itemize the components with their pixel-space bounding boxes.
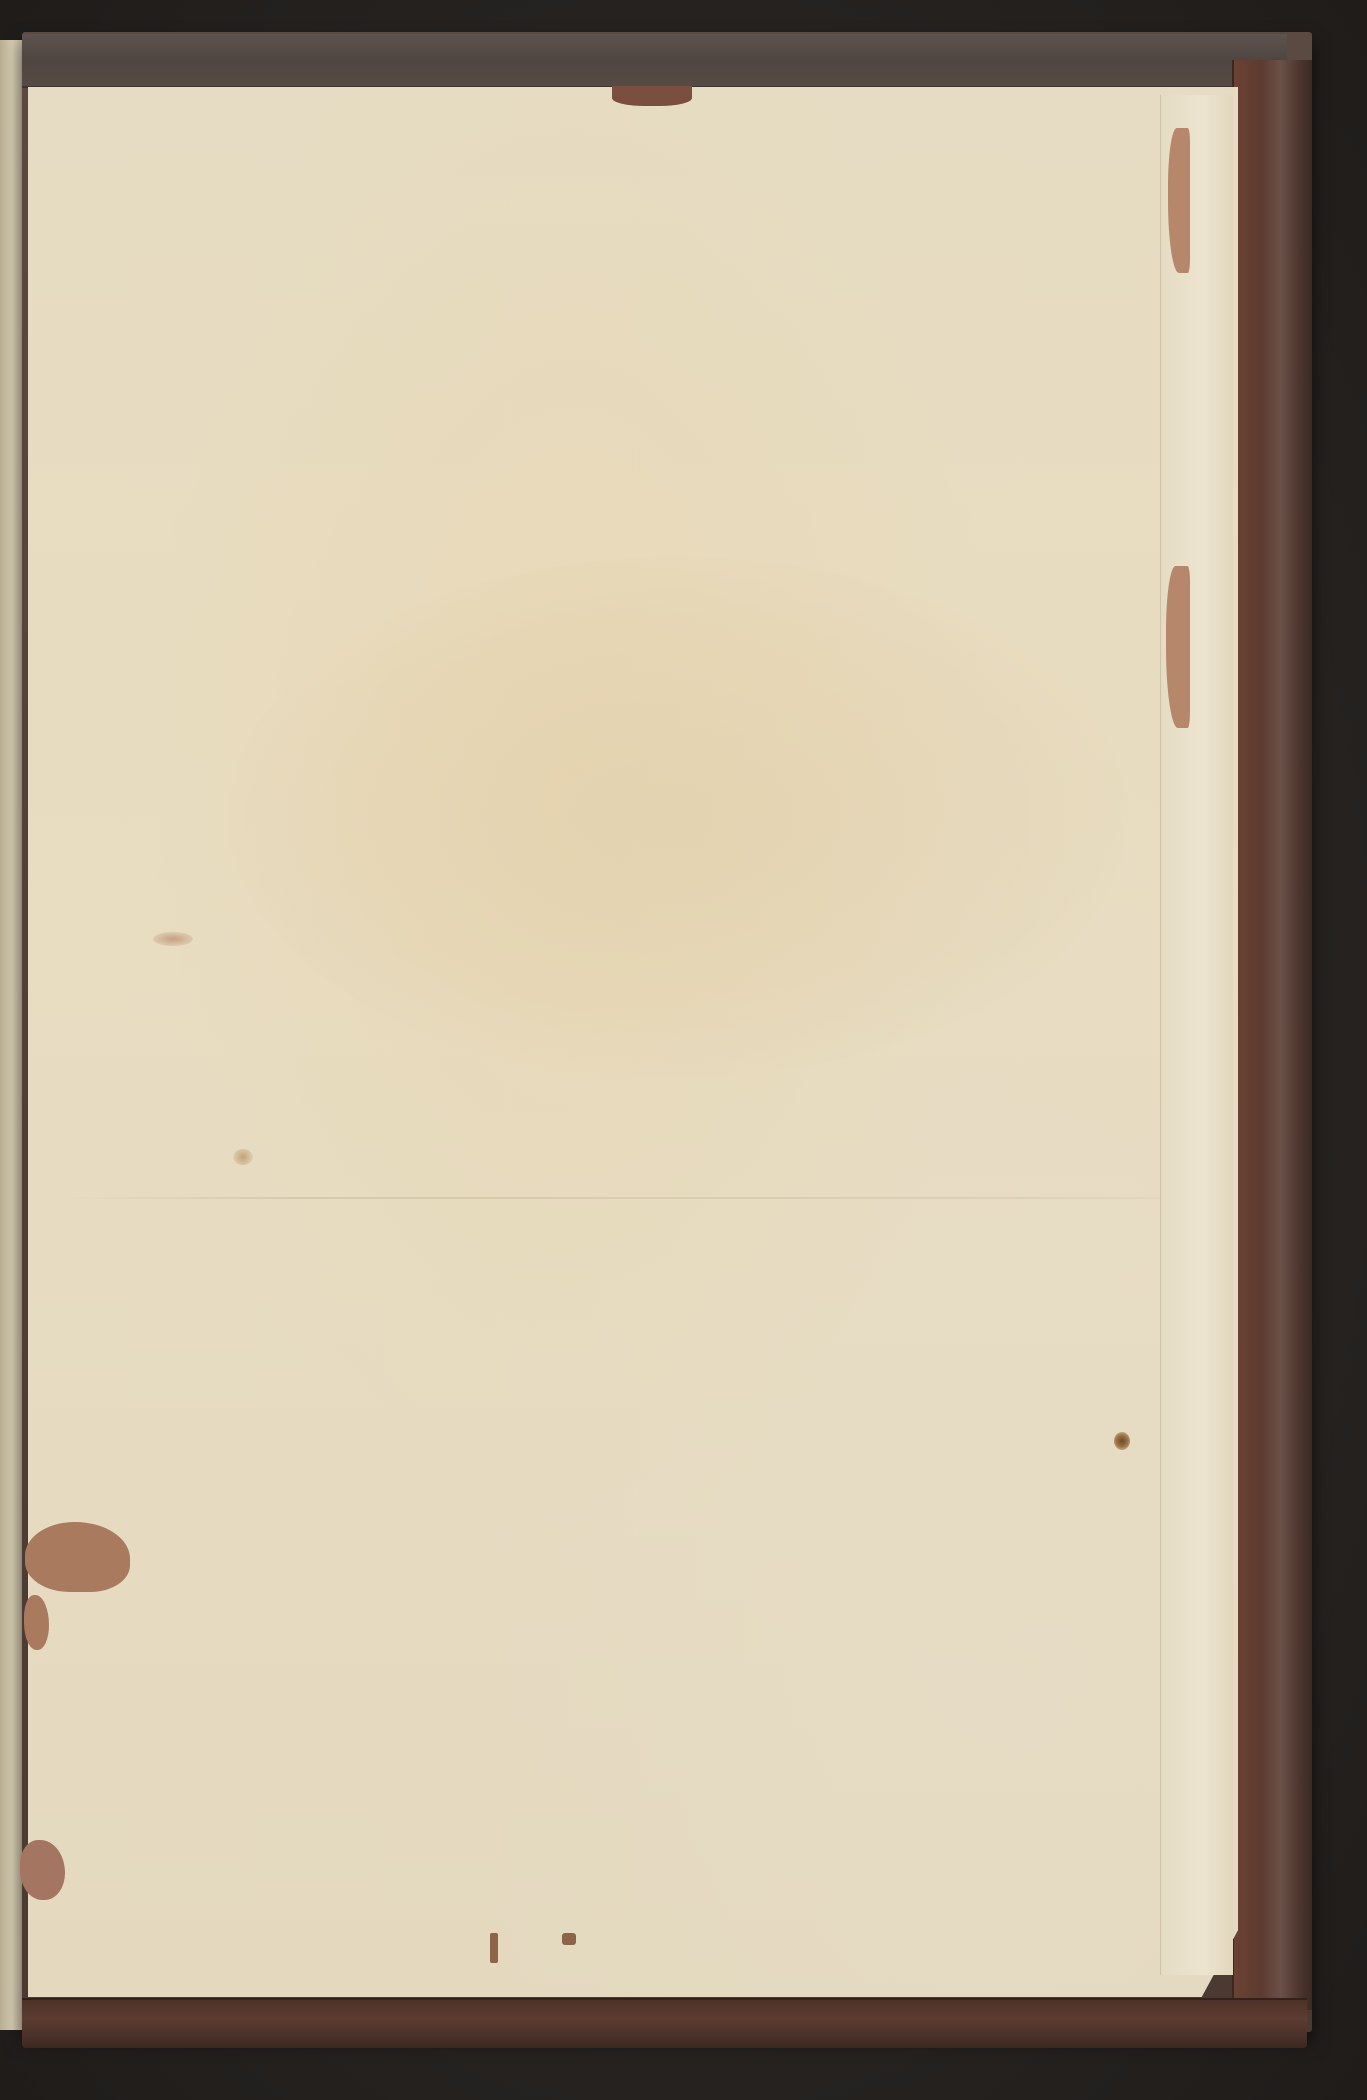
- blank-paper-page: [28, 87, 1238, 1997]
- page-margin-flap: [1160, 95, 1233, 1975]
- foxing-spot: [153, 932, 193, 946]
- foxing-spot: [1114, 1432, 1130, 1450]
- paper-tear-top: [612, 86, 692, 106]
- cover-top-edge: [22, 34, 1287, 88]
- worm-hole: [490, 1933, 498, 1963]
- foxing-spot: [233, 1149, 253, 1165]
- worm-hole: [562, 1933, 576, 1945]
- paper-loss-right: [1166, 566, 1190, 728]
- paper-loss-left: [25, 1522, 130, 1592]
- paper-loss-right: [1168, 128, 1190, 273]
- water-stain: [228, 557, 1128, 1077]
- cover-bottom-edge: [22, 1998, 1307, 2048]
- cover-right-edge: [1232, 60, 1312, 2010]
- paper-fold-line: [58, 1197, 1238, 1199]
